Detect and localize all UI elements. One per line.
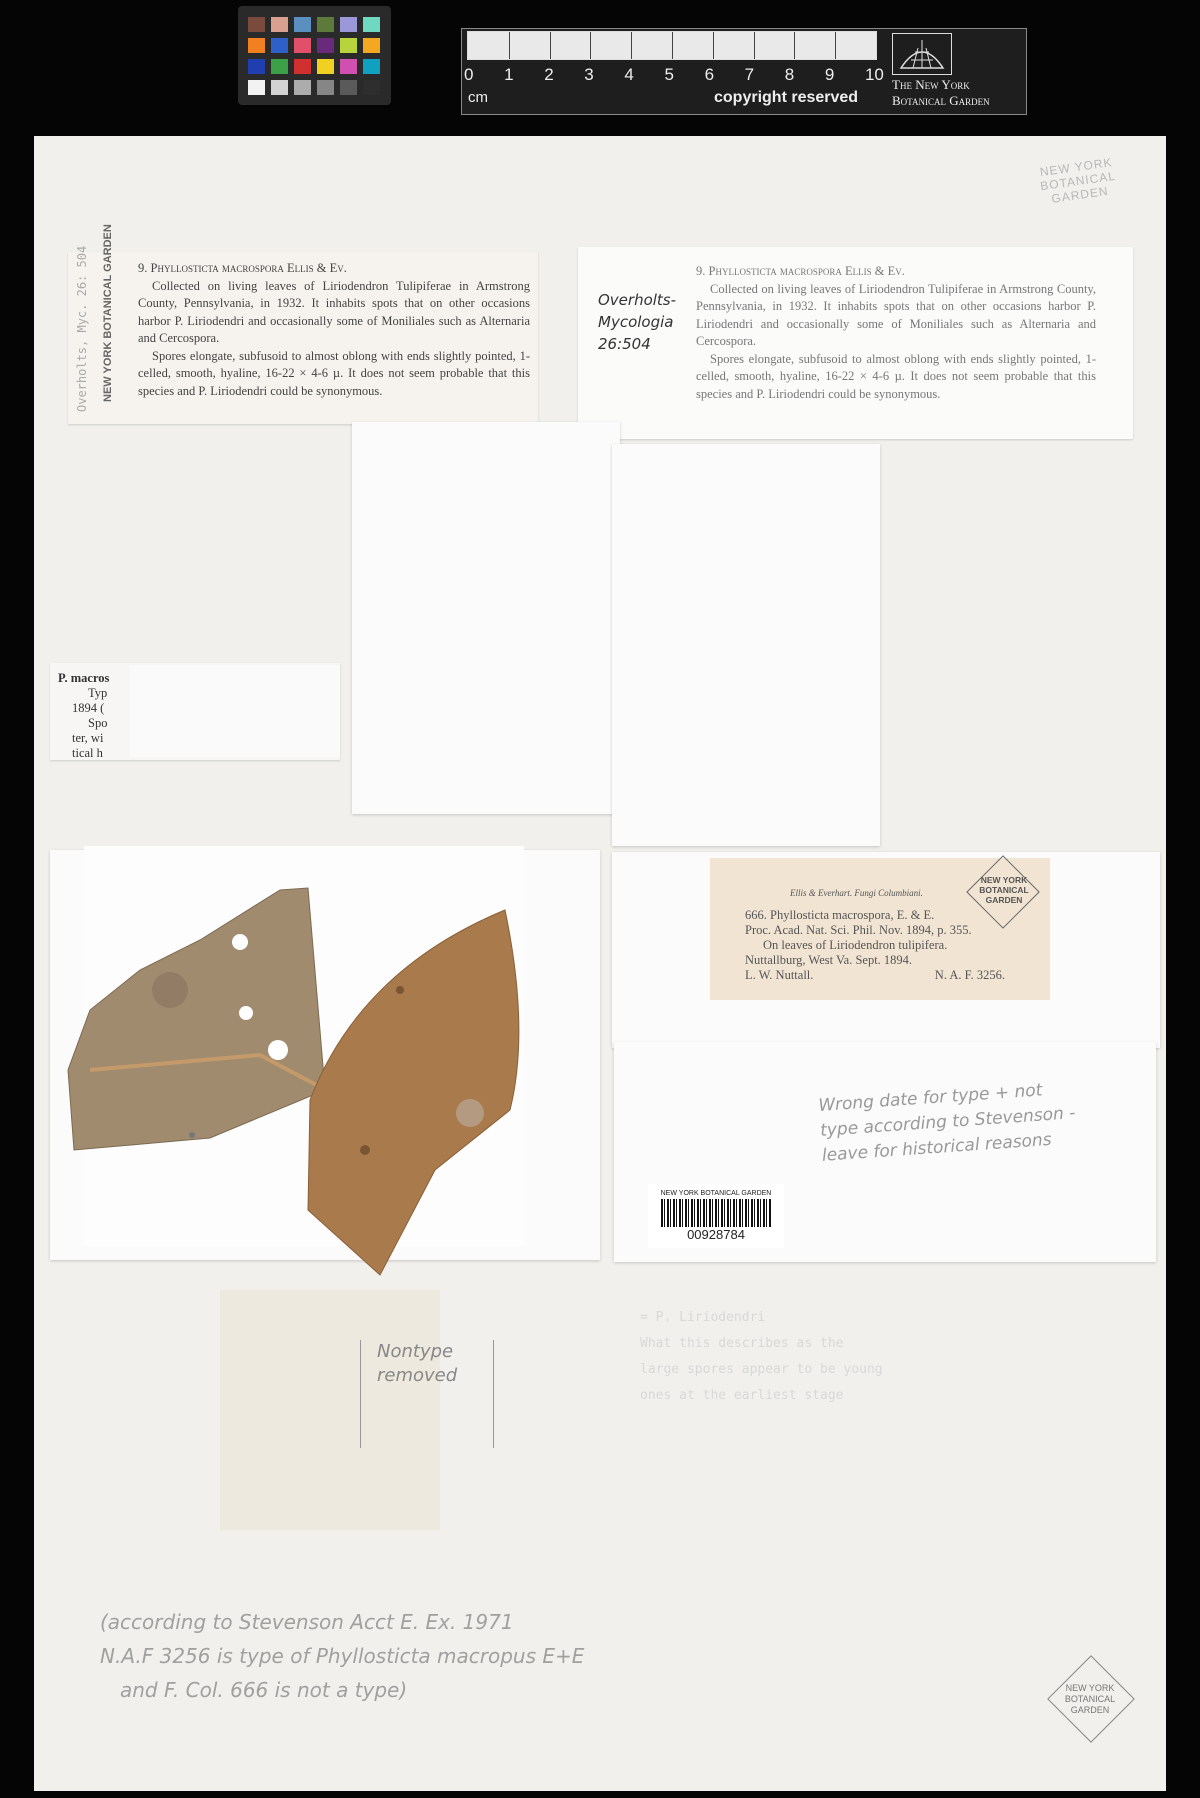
label-overholts-left: Overholts, Myc. 26: 504 NEW YORK BOTANIC… bbox=[68, 252, 538, 424]
label-header: Ellis & Everhart. Fungi Columbiani. bbox=[790, 886, 923, 901]
faint-note: = P. Liriodendri What this describes as … bbox=[640, 1305, 883, 1409]
blank-packet-left bbox=[352, 422, 620, 814]
fungi-columbiani-label: Ellis & Everhart. Fungi Columbiani. 666.… bbox=[710, 858, 1050, 1000]
color-swatch bbox=[340, 80, 357, 95]
collector: L. W. Nuttall. bbox=[745, 968, 813, 983]
label-title: 9. Phyllosticta macrospora Ellis & Ev. bbox=[696, 263, 1096, 281]
barcode-icon bbox=[661, 1199, 771, 1227]
color-swatch bbox=[294, 17, 311, 32]
ruler-number: 2 bbox=[544, 65, 553, 85]
color-swatch bbox=[271, 38, 288, 53]
ruler-number: 5 bbox=[664, 65, 673, 85]
color-swatch bbox=[317, 17, 334, 32]
color-swatch-grid bbox=[248, 17, 380, 95]
ruler-number: 3 bbox=[584, 65, 593, 85]
ruler-unit: cm bbox=[468, 89, 488, 106]
color-swatch bbox=[294, 59, 311, 74]
side-citation: Overholts, Myc. 26: 504 bbox=[74, 246, 92, 412]
color-swatch bbox=[248, 59, 265, 74]
color-swatch bbox=[363, 17, 380, 32]
ruler-numbers: 012345678910 bbox=[464, 65, 884, 85]
leaf-specimens bbox=[60, 880, 530, 1280]
label-line: tical h bbox=[58, 746, 109, 761]
side-stamp: NEW YORK BOTANICAL GARDEN bbox=[100, 272, 118, 402]
label-paragraph-2: Spores elongate, subfusoid to almost obl… bbox=[138, 348, 530, 401]
color-swatch bbox=[294, 80, 311, 95]
label-paragraph-2: Spores elongate, subfusoid to almost obl… bbox=[696, 351, 1096, 404]
color-swatch bbox=[317, 80, 334, 95]
barcode-label: NEW YORK BOTANICAL GARDEN 00928784 bbox=[648, 1184, 784, 1248]
label-paragraph-1: Collected on living leaves of Liriodendr… bbox=[138, 278, 530, 348]
label-title: 9. Phyllosticta macrospora Ellis & Ev. bbox=[138, 260, 530, 278]
ruler-number: 8 bbox=[785, 65, 794, 85]
label-line: Typ bbox=[58, 686, 109, 701]
ruler-number: 1 bbox=[504, 65, 513, 85]
label-line: ter, wi bbox=[58, 731, 109, 746]
color-calibration-card bbox=[238, 6, 391, 105]
color-swatch bbox=[363, 80, 380, 95]
handwritten-note-nontype: Nontype removed bbox=[360, 1340, 494, 1448]
label-line: 1894 ( bbox=[58, 701, 109, 716]
label-line: On leaves of Liriodendron tulipifera. bbox=[745, 938, 1045, 953]
ruler-number: 0 bbox=[464, 65, 473, 85]
barcode-org: NEW YORK BOTANICAL GARDEN bbox=[648, 1190, 784, 1197]
ruler-number: 10 bbox=[865, 65, 884, 85]
label-line: Nuttallburg, West Va. Sept. 1894. bbox=[745, 953, 1045, 968]
label-overholts-right: Overholts- Mycologia 26:504 9. Phyllosti… bbox=[578, 247, 1133, 439]
ruler-number: 4 bbox=[624, 65, 633, 85]
conservatory-logo-icon bbox=[892, 33, 952, 75]
handwritten-note-bottom: (according to Stevenson Acct E. Ex. 1971… bbox=[100, 1605, 584, 1707]
label-line: P. macros bbox=[58, 671, 109, 686]
color-swatch bbox=[317, 38, 334, 53]
label-line: Spo bbox=[58, 716, 109, 731]
label-paragraph-1: Collected on living leaves of Liriodendr… bbox=[696, 281, 1096, 351]
blank-packet-right bbox=[612, 444, 880, 846]
color-swatch bbox=[248, 38, 265, 53]
barcode-number: 00928784 bbox=[648, 1227, 784, 1242]
copyright-text: copyright reserved bbox=[714, 89, 858, 107]
color-swatch bbox=[271, 80, 288, 95]
overlay-paper bbox=[130, 665, 340, 757]
color-swatch bbox=[317, 59, 334, 74]
ruler-number: 9 bbox=[825, 65, 834, 85]
color-swatch bbox=[271, 17, 288, 32]
handwritten-citation: Overholts- Mycologia 26:504 bbox=[598, 289, 688, 355]
color-swatch bbox=[271, 59, 288, 74]
ruler-number: 7 bbox=[745, 65, 754, 85]
ruler-scale-bar bbox=[467, 31, 877, 60]
color-swatch bbox=[248, 80, 265, 95]
label-stamp: NEW YORK BOTANICAL GARDEN bbox=[972, 875, 1036, 905]
color-swatch bbox=[363, 59, 380, 74]
color-swatch bbox=[248, 17, 265, 32]
color-swatch bbox=[363, 38, 380, 53]
color-swatch bbox=[340, 17, 357, 32]
color-swatch bbox=[340, 59, 357, 74]
label-partial: P. macrosTyp1894 (Spoter, witical h bbox=[50, 663, 340, 760]
color-swatch bbox=[340, 38, 357, 53]
color-swatch bbox=[294, 38, 311, 53]
institution-stamp-bottom: NEW YORK BOTANICAL GARDEN bbox=[1050, 1683, 1130, 1716]
scale-ruler: 012345678910 cm copyright reserved The N… bbox=[461, 28, 1027, 115]
org-name: The New York Botanical Garden bbox=[892, 77, 990, 109]
naf-number: N. A. F. 3256. bbox=[935, 968, 1005, 983]
ruler-number: 6 bbox=[705, 65, 714, 85]
